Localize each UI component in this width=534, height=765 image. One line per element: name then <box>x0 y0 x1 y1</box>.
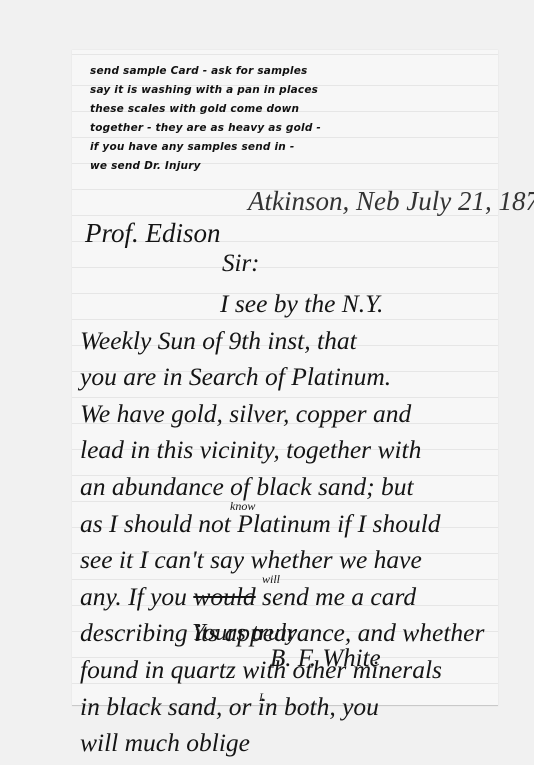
body-line: in black sand, or in both, you <box>80 689 490 726</box>
annotation-note: send sample Card - ask for samples say i… <box>90 62 470 176</box>
body-line: Weekly Sun of 9th inst, that <box>80 323 490 360</box>
body-line: lead in this vicinity, together with <box>80 432 490 469</box>
note-line: say it is washing with a pan in places <box>90 81 470 100</box>
letter-body: I see by the N.Y. Weekly Sun of 9th inst… <box>80 286 490 762</box>
body-line: will much oblige <box>80 725 490 762</box>
body-text: Platinum if I should <box>237 509 440 538</box>
note-line: if you have any samples send in - <box>90 138 470 157</box>
body-text: send me a card <box>262 582 416 611</box>
signature: B. F. White <box>270 645 381 673</box>
insertion-know: know <box>230 500 255 512</box>
body-text: as I should not <box>80 509 231 538</box>
closing: Yours truly <box>192 620 297 647</box>
salutation: Prof. Edison <box>85 218 221 249</box>
body-line: you are in Search of Platinum. <box>80 359 490 396</box>
body-text: any. If you <box>80 582 187 611</box>
struck-word: would <box>193 582 255 611</box>
dateline: Atkinson, Neb July 21, 1879 <box>248 186 534 217</box>
note-line: together - they are as heavy as gold - <box>90 119 470 138</box>
note-line: these scales with gold come down <box>90 100 470 119</box>
body-line-with-correction: any. If you will would send me a card <box>80 579 490 616</box>
body-line: We have gold, silver, copper and <box>80 396 490 433</box>
body-line: an abundance of black sand; but <box>80 469 490 506</box>
page-mark: L <box>259 690 266 705</box>
body-line: see it I can't say whether we have <box>80 542 490 579</box>
body-line-with-insert: as I should not know Platinum if I shoul… <box>80 506 490 543</box>
note-line: we send Dr. Injury <box>90 157 470 176</box>
greeting: Sir: <box>222 250 260 278</box>
insertion-will: will <box>262 573 280 585</box>
note-line: send sample Card - ask for samples <box>90 62 470 81</box>
body-line: I see by the N.Y. <box>80 286 490 323</box>
